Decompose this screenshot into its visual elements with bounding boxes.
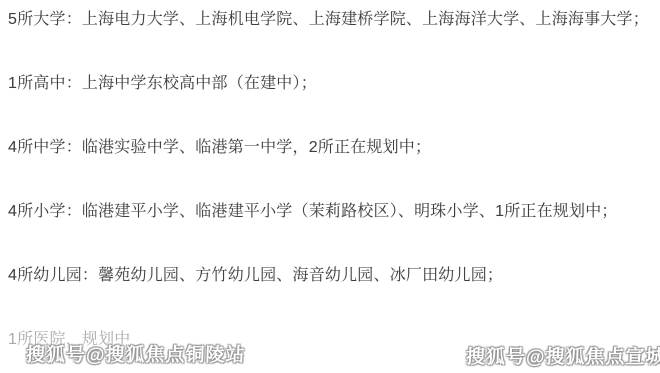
school-list-line-high-school: 1所高中：上海中学东校高中部（在建中）；: [8, 74, 317, 94]
sohu-watermark-left: 搜狐号@搜狐焦点铜陵站: [26, 340, 246, 367]
sohu-watermark-right: 搜狐号@搜狐焦点宣城站: [466, 342, 660, 369]
school-list-line-universities: 5所大学：上海电力大学、上海机电学院、上海建桥学院、上海海洋大学、上海海事大学；: [8, 10, 649, 30]
article-text-page: 5所大学：上海电力大学、上海机电学院、上海建桥学院、上海海洋大学、上海海事大学；…: [0, 0, 660, 373]
school-list-line-kindergartens: 4所幼儿园：馨苑幼儿园、方竹幼儿园、海音幼儿园、冰厂田幼儿园；: [8, 266, 503, 286]
school-list-line-middle-schools: 4所中学：临港实验中学、临港第一中学，2所正在规划中；: [8, 138, 431, 158]
school-list-line-primary-schools: 4所小学：临港建平小学、临港建平小学（茉莉路校区）、明珠小学、1所正在规划中；: [8, 202, 618, 222]
